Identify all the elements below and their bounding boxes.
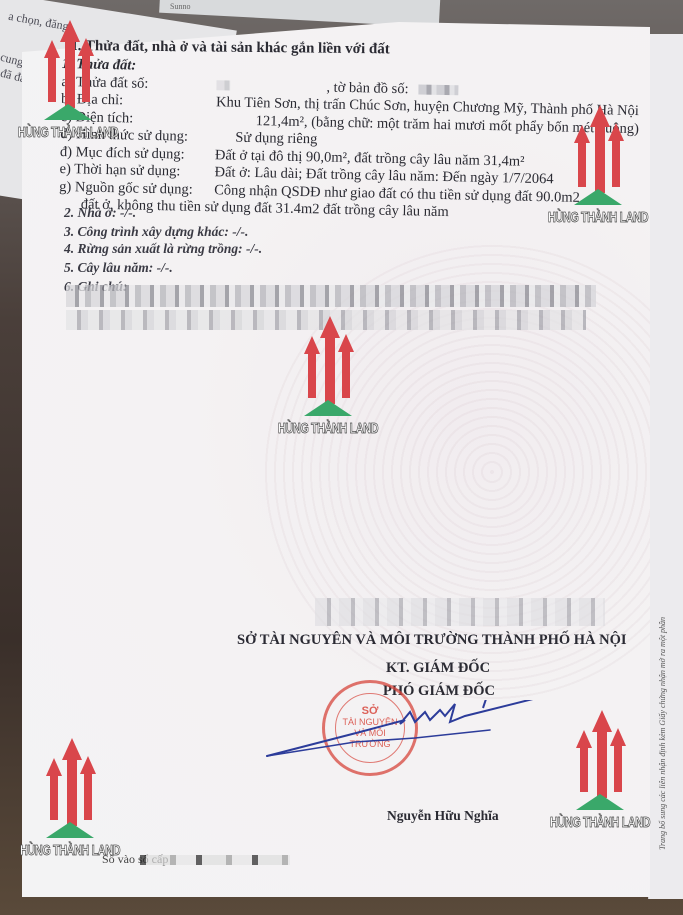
arrows-logo-icon [42, 738, 98, 838]
date-redacted [315, 598, 605, 626]
watermark-logo: HÙNG THÀNH LAND [18, 20, 118, 150]
arrows-logo-icon [300, 316, 356, 416]
arrows-logo-icon [40, 20, 96, 120]
watermark-logo: HÙNG THÀNH LAND [548, 105, 648, 235]
item-other-construction: 3. Công trình xây dựng khác: -/-. [64, 224, 262, 241]
arrows-logo-icon [572, 710, 628, 810]
right-page-vertical-text: Trang bổ sung các liên nhận định kèm Giấ… [658, 520, 674, 850]
watermark-logo: HÙNG THÀNH LAND [20, 738, 120, 868]
watermark-logo: HÙNG THÀNH LAND [278, 316, 378, 446]
register-number-redacted [140, 855, 290, 865]
watermark-logo: HÙNG THÀNH LAND [550, 710, 650, 840]
signer-name: Nguyễn Hữu Nghĩa [387, 808, 499, 824]
notes-redacted [66, 285, 596, 307]
top-paper-tag: Sunno [170, 2, 190, 11]
map-sheet-redacted [418, 81, 458, 99]
issuing-authority: SỞ TÀI NGUYÊN VÀ MÔI TRƯỜNG THÀNH PHỐ HÀ… [237, 632, 627, 649]
item-house: 2. Nhà ở: -/-. [64, 205, 262, 224]
signature [265, 700, 565, 810]
item-perennial: 5. Cây lâu năm: -/-. [64, 260, 262, 279]
parcel-number-redacted [216, 77, 326, 97]
kt-title: KT. GIÁM ĐỐC [386, 660, 490, 677]
arrows-logo-icon [570, 105, 626, 205]
item-forest: 4. Rừng sản xuất là rừng trồng: -/-. [64, 241, 262, 260]
